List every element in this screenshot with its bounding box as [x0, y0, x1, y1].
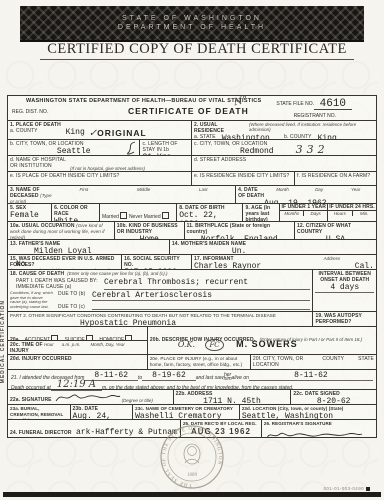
street-address-label: d. STREET ADDRESS: [194, 157, 374, 163]
row-institution: d. NAME OF HOSPITAL OR INSTITUTION (If n…: [8, 156, 376, 172]
field-under-1-year: IF UNDER 1 YEAR MonthsDays: [280, 204, 328, 221]
seal-year: 1889: [187, 473, 198, 478]
dod-value: Aug. 19, 1962: [264, 199, 374, 203]
field-institution: d. NAME OF HOSPITAL OR INSTITUTION (If n…: [8, 156, 192, 171]
citizenship-label: 12. CITIZEN OF WHAT COUNTRY: [297, 223, 374, 235]
coroner-stamp: O.K. FC M. SOWERS BY KING COUNTY CORONER: [178, 334, 298, 354]
physician-signature: [52, 391, 122, 403]
form-stock-number: 001-01-003-0490: [323, 486, 370, 491]
middle-header: Middle: [114, 187, 174, 203]
month-header: Month: [264, 187, 301, 199]
form-header: WASHINGTON STATE DEPARTMENT OF HEALTH—BU…: [8, 96, 376, 121]
residence-on-farm-label: f. IS RESIDENCE ON A FARM?: [297, 173, 374, 179]
registrar-label: 26. REGISTRAR'S SIGNATURE: [264, 421, 374, 427]
field-length-of-stay: c. LENGTH OF STAY IN 1b 21 Yrs.: [140, 140, 192, 155]
banner-dept-line: DEPARTMENT OF HEALTH: [118, 23, 266, 32]
autopsy-label: 19. WAS AUTOPSY PERFORMED?: [315, 313, 374, 325]
handwritten-scribble: [123, 141, 139, 155]
ssn-label: 16. SOCIAL SECURITY NO.: [124, 256, 189, 268]
physician-address-value: 1711 N. 45th: [176, 397, 289, 404]
day-header: Day: [301, 187, 338, 199]
field-injury-city: 20f. CITY, TOWN, OR LOCATION COUNTY STAT…: [251, 355, 376, 369]
institution-sublabel: (If not in hospital, give street address…: [70, 166, 145, 171]
cause-a-value: Cerebral Thrombosis; recurrent: [104, 278, 310, 290]
certificate-of-death-title: CERTIFICATE OF DEATH: [128, 106, 249, 116]
father-value: Milden Loyal: [34, 247, 167, 254]
alive-on-label: alive on: [232, 375, 249, 381]
row-cause-of-death: 18. CAUSE OF DEATH (Enter only one cause…: [8, 270, 376, 312]
ssn-value: 517-05-9990: [124, 268, 189, 269]
part2-value: Hypostatic Pneumonia: [80, 319, 310, 326]
informant-address-value: Cal.: [355, 262, 374, 269]
race-label: 6. COLOR OR RACE: [54, 205, 97, 217]
cause-label: 18. CAUSE OF DEATH: [10, 271, 64, 277]
field-registrar-signature: 26. REGISTRAR'S SIGNATURE: [262, 420, 376, 437]
mdy-label: Month, Day, Year: [91, 342, 125, 353]
funeral-director-label: 24. FUNERAL DIRECTOR: [10, 430, 72, 436]
field-ssn: 16. SOCIAL SECURITY NO. 517-05-9990: [122, 255, 192, 269]
sex-value: Female: [10, 211, 49, 220]
days-label: Days: [304, 211, 327, 216]
field-disposition: 23a. BURIAL, CREMATION, REMOVAL (Specify…: [8, 405, 71, 419]
state-file-number: 4610: [314, 100, 352, 110]
field-mother-name: 14. MOTHER'S MAIDEN NAME Un.: [170, 240, 376, 254]
state-value: Washington: [222, 134, 270, 139]
informant-address-label: Address: [324, 256, 341, 262]
field-residence-inside-city: e. IS RESIDENCE INSIDE CITY LIMITS? Yes✗…: [192, 172, 295, 185]
informant-value: Charles Raynor: [194, 262, 261, 269]
name-label-block: 3. NAME OF DECEASED (Type or print): [10, 187, 54, 203]
usual-residence-label: 2. USUAL RESIDENCE: [194, 122, 247, 134]
place-of-injury-label: 20e. PLACE OF INJURY (e.g., in or about …: [150, 356, 248, 368]
ampm-label: a.m. p.m.: [62, 342, 81, 353]
business-value: Home: [117, 235, 182, 239]
banner-state-line: STATE OF WASHINGTON: [122, 14, 262, 23]
field-father-name: 13. FATHER'S NAME Milden Loyal: [8, 240, 170, 254]
row-sex-race-dob: 5. SEX Female 6. COLOR OR RACE White Mar…: [8, 204, 376, 222]
row-parents: 13. FATHER'S NAME Milden Loyal 14. MOTHE…: [8, 240, 376, 255]
field-date-of-death: 4. DATE OF DEATH Month Day Year Aug. 19,…: [236, 186, 376, 203]
row-city-stay: b. CITY, TOWN, OR LOCATION Seattle c. LE…: [8, 140, 376, 156]
field-usual-residence: 2. USUAL RESIDENCE (Where deceased lived…: [192, 121, 376, 139]
part1-block: PART I. DEATH WAS CAUSED BY:IMMEDIATE CA…: [16, 278, 104, 290]
field-cause-of-death: 18. CAUSE OF DEATH (Enter only one cause…: [8, 270, 313, 311]
interval-value: 4 days: [315, 283, 374, 293]
bottom-border-bar: [3, 492, 381, 497]
county-label: a. COUNTY: [10, 128, 38, 139]
field-place-of-death: 1. PLACE OF DEATH a. COUNTY King ✓ ORIGI…: [8, 121, 192, 139]
medical-certification-vertical-label: MEDICAL CERTIFICATION: [0, 300, 6, 383]
field-business: 10b. KIND OF BUSINESS OR INDUSTRY Home: [115, 222, 185, 239]
injury-county-label: COUNTY: [322, 356, 344, 368]
field-armed-forces: 15. WAS DECEASED EVER IN U.S. ARMED FORC…: [8, 255, 122, 269]
field-disposition-location: 23d. LOCATION (City, town, or county) (S…: [240, 405, 376, 419]
field-date-of-birth: 8. DATE OF BIRTH Oct. 22, 1886: [177, 204, 243, 221]
field-injury-occurred: 20d. INJURY OCCURRED While at work Not w…: [8, 355, 148, 369]
first-header: First: [54, 187, 114, 203]
city-of-death-value: Seattle: [10, 147, 137, 155]
due-to-b-label: DUE TO (b): [58, 291, 92, 301]
seal-text: THE SEAL OF THE STATE OF WASHINGTON: [162, 427, 222, 487]
injury-occurred-label: 20d. INJURY OCCURRED: [10, 356, 145, 362]
department-line: WASHINGTON STATE DEPARTMENT OF HEALTH—BU…: [26, 98, 262, 104]
row-injury: 20a. ACCIDENT SUICIDE HOMICIDE 20c. TIME…: [8, 327, 376, 355]
months-label: Months: [280, 211, 304, 216]
business-label: 10b. KIND OF BUSINESS OR INDUSTRY: [117, 223, 182, 235]
time-of-injury-label: 20c. TIME OF INJURY: [10, 342, 44, 353]
date-signed-value: 8-20-62: [293, 397, 374, 404]
attended-to-value: 8-19-62: [142, 371, 196, 381]
field-death-inside-city: e. IS PLACE OF DEATH INSIDE CITY LIMITS?…: [8, 172, 192, 185]
disposition-location-value: Seattle, Washington: [242, 412, 374, 419]
crematory-value: Washelli Crematory: [135, 412, 237, 419]
race-value: White: [54, 217, 97, 221]
her-him-choice: herhim: [224, 373, 232, 381]
row-place-residence: 1. PLACE OF DEATH a. COUNTY King ✓ ORIGI…: [8, 121, 376, 140]
armed-forces-sublabel: (Yes, no, or unknown) (If yes, give war …: [10, 268, 119, 269]
reg-dist-label: REG. DIST. NO.: [12, 109, 48, 115]
last-header: Last: [173, 187, 233, 203]
svg-text:THE SEAL OF THE STATE OF WASHI: THE SEAL OF THE STATE OF WASHINGTON: [162, 427, 222, 487]
signature-label: 22a. SIGNATURE: [10, 397, 52, 403]
coroner-ok-note: O.K.: [178, 340, 195, 349]
min-label: Min.: [353, 211, 376, 216]
married-label: Married: [102, 214, 119, 220]
field-birthplace: 11. BIRTHPLACE (State or foreign country…: [185, 222, 295, 239]
registrar-signature: [264, 430, 364, 437]
state-label: a. STATE: [194, 134, 216, 139]
death-inside-city-label: e. IS PLACE OF DEATH INSIDE CITY LIMITS?: [10, 173, 189, 179]
row-attended: 21. I attended the deceased from 8-11-62…: [8, 370, 376, 390]
field-informant: 17. INFORMANT Address Charles Raynor Cal…: [192, 255, 376, 269]
mother-value: Un.: [232, 247, 374, 254]
occupation-label-block: 10a. USUAL OCCUPATION (Give kind of work…: [10, 223, 112, 239]
last-alive-value: 8-11-62: [249, 371, 373, 381]
field-describe-injury: 20b. DESCRIBE HOW INJURY OCCURRED. (Ente…: [148, 327, 376, 354]
county-value: King: [66, 128, 85, 139]
field-manner-of-death: 20a. ACCIDENT SUICIDE HOMICIDE: [8, 327, 147, 341]
injury-state-label: STATE: [358, 356, 374, 368]
field-part2-conditions: PART 2. OTHER SIGNIFICANT CONDITIONS CON…: [8, 312, 313, 326]
row-occupation: 10a. USUAL OCCUPATION (Give kind of work…: [8, 222, 376, 240]
field-age: 9. AGE (In years last birthday) 75: [243, 204, 280, 221]
row-name-dod: 3. NAME OF DECEASED (Type or print) Firs…: [8, 186, 376, 204]
checkbox-married-empty: [120, 212, 127, 219]
state-file-label: STATE FILE NO.: [276, 101, 314, 107]
field-marital-status: MarriedNever Married Widowed✗Divorced: [100, 204, 177, 221]
field-sex: 5. SEX Female: [8, 204, 52, 221]
coroner-initials-circled: FC: [205, 339, 223, 351]
field-funeral-director: 24. FUNERAL DIRECTOR ark-Hafferty & Putn…: [8, 420, 181, 437]
length-of-stay-value: 21 Yrs.: [142, 153, 189, 155]
field-residence-on-farm: f. IS RESIDENCE ON A FARM? Yes No✗: [295, 172, 376, 185]
field-race: 6. COLOR OR RACE White: [52, 204, 100, 221]
row-part2-autopsy: PART 2. OTHER SIGNIFICANT CONDITIONS CON…: [8, 312, 376, 327]
dob-value: Oct. 22, 1886: [179, 211, 240, 221]
never-married-label: Never Married: [129, 214, 161, 220]
due-to-c-label: DUE TO (c): [58, 304, 92, 310]
citizenship-value: U SA: [297, 235, 374, 239]
field-autopsy: 19. WAS AUTOPSY PERFORMED? Yes No✗: [313, 312, 376, 326]
hour-label: Hour: [44, 342, 54, 353]
degree-label: (Degree or title): [122, 398, 153, 403]
handwritten-332: 332: [296, 143, 329, 155]
original-stamp: ORIGINAL: [97, 128, 147, 139]
washington-state-seal: THE SEAL OF THE STATE OF WASHINGTON 1889: [159, 424, 225, 490]
dod-label: 4. DATE OF DEATH: [238, 187, 264, 199]
cause-b-value: Cerebral Arteriosclerosis: [92, 291, 310, 301]
injury-city-label: 20f. CITY, TOWN, OR LOCATION: [253, 356, 309, 368]
field-physician-address: 22b. ADDRESS 1711 N. 45th: [174, 390, 292, 404]
institution-label: d. NAME OF HOSPITAL OR INSTITUTION: [10, 157, 70, 169]
checkbox-never-married-empty: [162, 212, 169, 219]
name-label: 3. NAME OF DECEASED: [10, 187, 40, 199]
row-physician-signature: 22a. SIGNATURE (Degree or title) 22b. AD…: [8, 390, 376, 405]
row-injury-place: 20d. INJURY OCCURRED While at work Not w…: [8, 355, 376, 370]
usual-residence-sublabel: (Where deceased lived. If institution: r…: [249, 122, 374, 134]
year-header: Year: [337, 187, 374, 199]
field-city-of-death: b. CITY, TOWN, OR LOCATION Seattle: [8, 140, 140, 155]
disposition-date-value: Aug. 24, 1962: [73, 412, 131, 419]
field-place-of-injury: 20e. PLACE OF INJURY (e.g., in or about …: [148, 355, 251, 369]
field-residence-city: c. CITY, TOWN, OR LOCATION Redmond 332: [192, 140, 376, 155]
length-of-stay-label: c. LENGTH OF STAY IN 1b: [142, 141, 189, 153]
residence-city-value: Redmond: [240, 147, 274, 155]
coroner-signature: [185, 353, 245, 354]
birthplace-label: 11. BIRTHPLACE (State or foreign country…: [187, 223, 292, 235]
under-24-hrs-label: IF UNDER 24 HRS.: [328, 204, 376, 211]
conditions-note: Conditions, if any, which gave rise to a…: [10, 291, 54, 310]
armed-forces-value: No: [16, 260, 26, 269]
row-city-limits: e. IS PLACE OF DEATH INSIDE CITY LIMITS?…: [8, 172, 376, 186]
age-label: 9. AGE (In years last birthday): [245, 205, 277, 221]
row-armed-ssn-informant: 15. WAS DECEASED EVER IN U.S. ARMED FORC…: [8, 255, 376, 270]
row-disposition: 23a. BURIAL, CREMATION, REMOVAL (Specify…: [8, 405, 376, 420]
field-time-of-injury: 20c. TIME OF INJURY Hour a.m. p.m. Month…: [8, 341, 147, 354]
residence-county-label: b. COUNTY: [284, 134, 312, 139]
residence-inside-city-label: e. IS RESIDENCE INSIDE CITY LIMITS?: [194, 173, 292, 179]
residence-county-value: King: [318, 134, 337, 139]
cause-c-value: [92, 304, 310, 310]
document-title: CERTIFIED COPY OF DEATH CERTIFICATE: [40, 41, 354, 60]
field-disposition-date: 23b. DATE Aug. 24, 1962: [71, 405, 134, 419]
field-citizenship: 12. CITIZEN OF WHAT COUNTRY U SA: [295, 222, 376, 239]
hours-label: Hours: [328, 211, 352, 216]
field-street-address: d. STREET ADDRESS: [192, 156, 376, 171]
cause-sublabel: (Enter only one cause per line for (a), …: [67, 271, 167, 277]
coroner-name-stamp: M. SOWERS: [236, 339, 298, 349]
under-1-year-label: IF UNDER 1 YEAR: [280, 204, 327, 211]
registrant-label: REGISTRANT NO.: [294, 113, 336, 119]
armed-forces-label: 15. WAS DECEASED EVER IN U.S. ARMED FORC…: [10, 256, 119, 268]
field-date-signed: 22c. DATE SIGNED 8-20-62: [291, 390, 376, 404]
certificate-form: WASHINGTON STATE DEPARTMENT OF HEALTH—BU…: [7, 95, 377, 438]
last-saw-label: and last saw: [196, 375, 224, 381]
field-name-of-deceased: 3. NAME OF DECEASED (Type or print) Firs…: [8, 186, 236, 203]
field-occupation: 10a. USUAL OCCUPATION (Give kind of work…: [8, 222, 115, 239]
birthplace-value: Norfolk, England: [187, 235, 292, 239]
field-interval: INTERVAL BETWEEN ONSET AND DEATH 4 days: [313, 270, 376, 311]
field-under-24-hrs: IF UNDER 24 HRS. HoursMin.: [328, 204, 376, 221]
him-label: him: [224, 376, 232, 382]
field-crematory: 23c. NAME OF CEMETERY OR CREMATORY Washe…: [133, 405, 240, 419]
handwritten-checkmark: ✓: [89, 128, 97, 139]
injury-left-block: 20a. ACCIDENT SUICIDE HOMICIDE 20c. TIME…: [8, 327, 148, 354]
death-certificate-page: STATE OF WASHINGTON DEPARTMENT OF HEALTH…: [0, 0, 384, 500]
field-physician-signature: 22a. SIGNATURE (Degree or title): [8, 390, 174, 404]
ornate-header-band: STATE OF WASHINGTON DEPARTMENT OF HEALTH: [20, 6, 364, 42]
disposition-label: 23a. BURIAL, CREMATION, REMOVAL (Specify…: [10, 406, 68, 419]
